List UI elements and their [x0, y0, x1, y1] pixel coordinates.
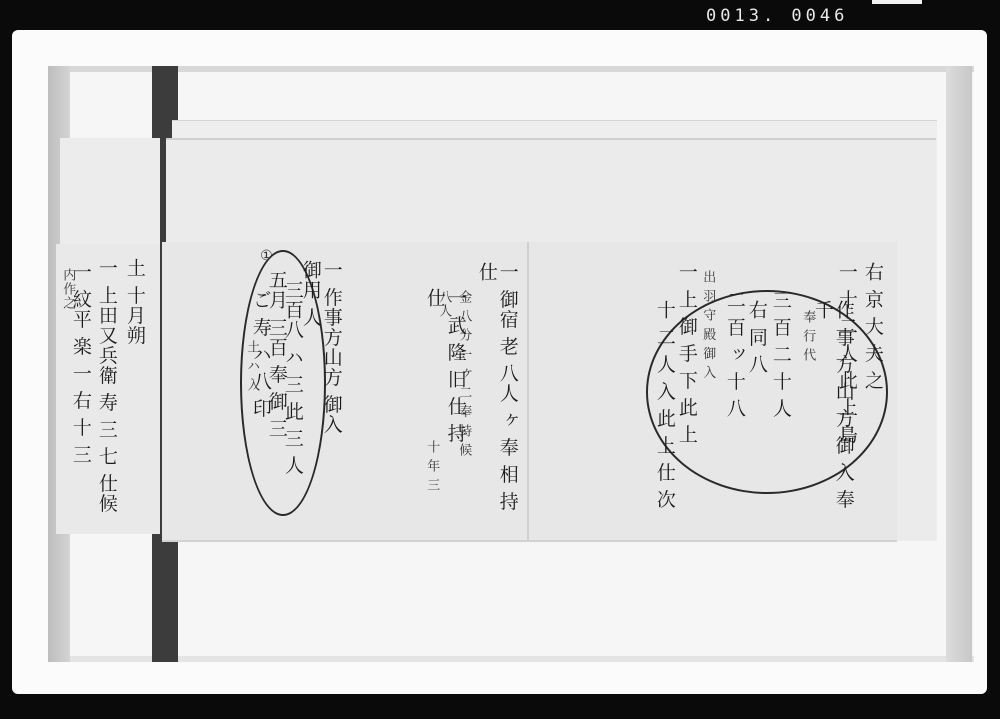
right-col-7: 二 百 ッ 十 八: [724, 290, 745, 510]
film-edge-tab: [872, 0, 922, 4]
right-col-8: 出 羽 守 殿 御 入: [700, 270, 714, 410]
right-col-6: 右 同 八: [746, 300, 767, 420]
circled-number-mark: ①: [258, 248, 273, 265]
left-slip-col-1: 土 十月朔: [124, 258, 145, 348]
circled-col-1: 一 作事方山方 御入 御用 人: [300, 260, 342, 460]
left-slip-col-4: 内作之: [60, 268, 74, 328]
right-col-3: 作 事 方 山 方 御 入 奉 千: [812, 300, 854, 530]
circled-col-5: 土 ハ 入: [244, 340, 258, 440]
right-col-1: 右 京 大 夫 之: [862, 262, 883, 512]
glass-bottom-edge: [48, 656, 974, 662]
right-col-4: 奉 行 代: [800, 310, 814, 370]
right-shadow-bar: [946, 66, 972, 662]
middle-col-5: 十 年 三: [424, 440, 438, 520]
glass-top-edge: [48, 66, 974, 72]
right-col-10: 十 二 人 入 此 上 仕 次: [654, 300, 675, 520]
middle-col-4: 一 武 隆 旧 仕 持 仕: [424, 288, 466, 458]
right-col-5: 三 百 二 十 人: [770, 290, 791, 510]
right-col-9: 一 上 御 手 下 此 上: [676, 262, 697, 512]
paper-fold-line: [527, 242, 529, 540]
middle-col-1: 一 御宿 老 八人 ヶ 奉 相 持 仕: [476, 262, 518, 532]
left-slip-col-2: 一 上田又兵衛 寿 三 七 仕候: [96, 258, 117, 518]
film-frame-counter: 0013. 0046: [706, 6, 848, 26]
